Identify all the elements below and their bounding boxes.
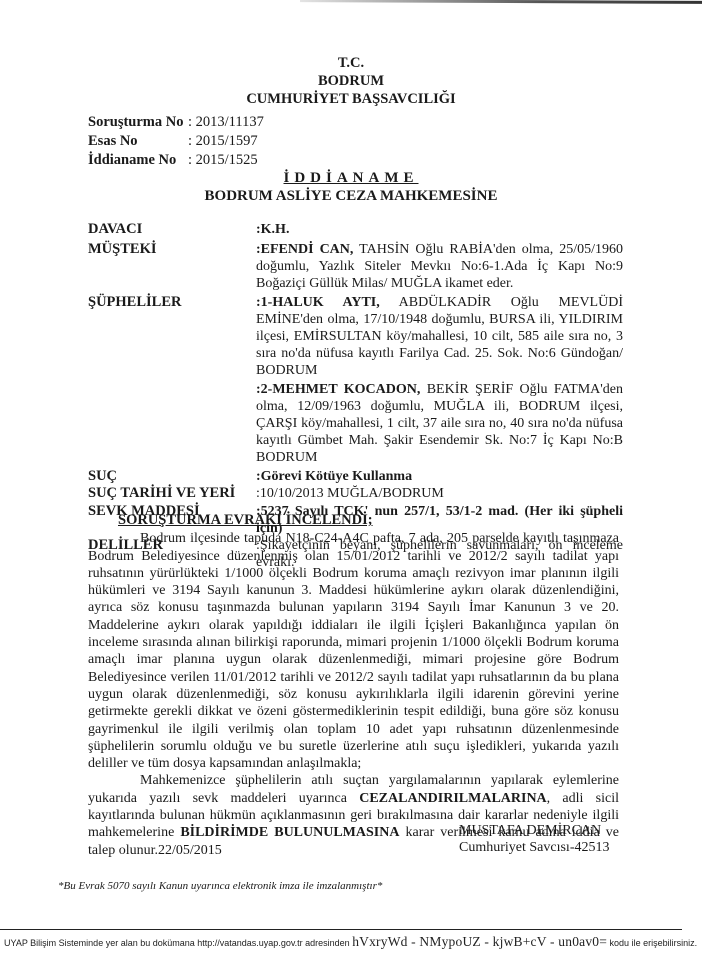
meta-value: : 2015/1525	[188, 151, 258, 170]
field-musteki: MÜŞTEKİ :EFENDİ CAN, TAHSİN Oğlu RABİA'd…	[88, 241, 623, 292]
field-value: :EFENDİ CAN, TAHSİN Oğlu RABİA'den olma,…	[256, 241, 623, 292]
meta-row-esas: Esas No : 2015/1597	[88, 132, 264, 151]
meta-row-sorusturma: Soruşturma No : 2013/11137	[88, 113, 264, 132]
field-label: ŞÜPHELİLER	[88, 294, 256, 466]
document-title: İDDİANAME	[0, 170, 702, 187]
header-office: CUMHURİYET BAŞSAVCILIĞI	[0, 90, 702, 108]
field-value: :1-HALUK AYTI, ABDÜLKADİR Oğlu MEVLÜDİ E…	[256, 294, 623, 466]
field-suc: SUÇ :Görevi Kötüye Kullanma	[88, 468, 623, 486]
field-label: SUÇ TARİHİ VE YERİ	[88, 485, 256, 503]
field-label: SUÇ	[88, 468, 256, 486]
scan-edge-line	[300, 0, 702, 4]
meta-label: İddianame No	[88, 151, 188, 170]
field-label: DAVACI	[88, 221, 256, 239]
suspect-name: :2-MEHMET KOCADON,	[256, 382, 420, 397]
suspect-1: :1-HALUK AYTI, ABDÜLKADİR Oğlu MEVLÜDİ E…	[256, 294, 623, 379]
footer-divider	[0, 929, 682, 930]
esignature-note: *Bu Evrak 5070 sayılı Kanun uyarınca ele…	[58, 880, 382, 892]
suspect-2: :2-MEHMET KOCADON, BEKİR ŞERİF Oğlu FATM…	[256, 381, 623, 466]
prosecutor-name: MUSTAFA DEMİRCAN	[459, 822, 610, 839]
header-city: BODRUM	[0, 72, 702, 90]
header-tc: T.C.	[0, 54, 702, 72]
case-numbers: Soruşturma No : 2013/11137 Esas No : 201…	[88, 113, 264, 170]
meta-row-iddianame: İddianame No : 2015/1525	[88, 151, 264, 170]
suspect-name: :1-HALUK AYTI,	[256, 295, 380, 310]
uyap-footer: UYAP Bilişim Sisteminde yer alan bu dokü…	[4, 934, 697, 950]
meta-label: Esas No	[88, 132, 188, 151]
field-supheliler: ŞÜPHELİLER :1-HALUK AYTI, ABDÜLKADİR Oğl…	[88, 294, 623, 466]
meta-label: Soruşturma No	[88, 113, 188, 132]
meta-value: : 2013/11137	[188, 113, 264, 132]
court-addressee: BODRUM ASLİYE CEZA MAHKEMESİNE	[0, 188, 702, 205]
emphasis-penalty: CEZALANDIRILMALARINA	[359, 791, 546, 806]
field-suc-tarihi: SUÇ TARİHİ VE YERİ :10/10/2013 MUĞLA/BOD…	[88, 485, 623, 503]
field-value: :K.H.	[256, 221, 623, 239]
section-title: SORUŞTURMA EVRAKI İNCELENDİ;	[118, 512, 619, 529]
complainant-name: :EFENDİ CAN,	[256, 242, 353, 257]
document-body: SORUŞTURMA EVRAKI İNCELENDİ; Bodrum ilçe…	[88, 512, 619, 859]
field-label: MÜŞTEKİ	[88, 241, 256, 292]
prosecutor-title: Cumhuriyet Savcısı-42513	[459, 839, 610, 856]
field-davaci: DAVACI :K.H.	[88, 221, 623, 239]
field-value: :10/10/2013 MUĞLA/BODRUM	[256, 485, 623, 503]
emphasis-notification: BİLDİRİMDE BULUNULMASINA	[180, 825, 399, 840]
prosecutor-signature: MUSTAFA DEMİRCAN Cumhuriyet Savcısı-4251…	[459, 822, 610, 856]
verification-code: hVxryWd - NMypoUZ - kjwB+cV - un0av0=	[352, 934, 607, 949]
field-value: :Görevi Kötüye Kullanma	[256, 468, 623, 486]
paragraph-findings: Bodrum ilçesinde tapuda N18-C24-A4C paft…	[88, 530, 619, 772]
meta-value: : 2015/1597	[188, 132, 258, 151]
